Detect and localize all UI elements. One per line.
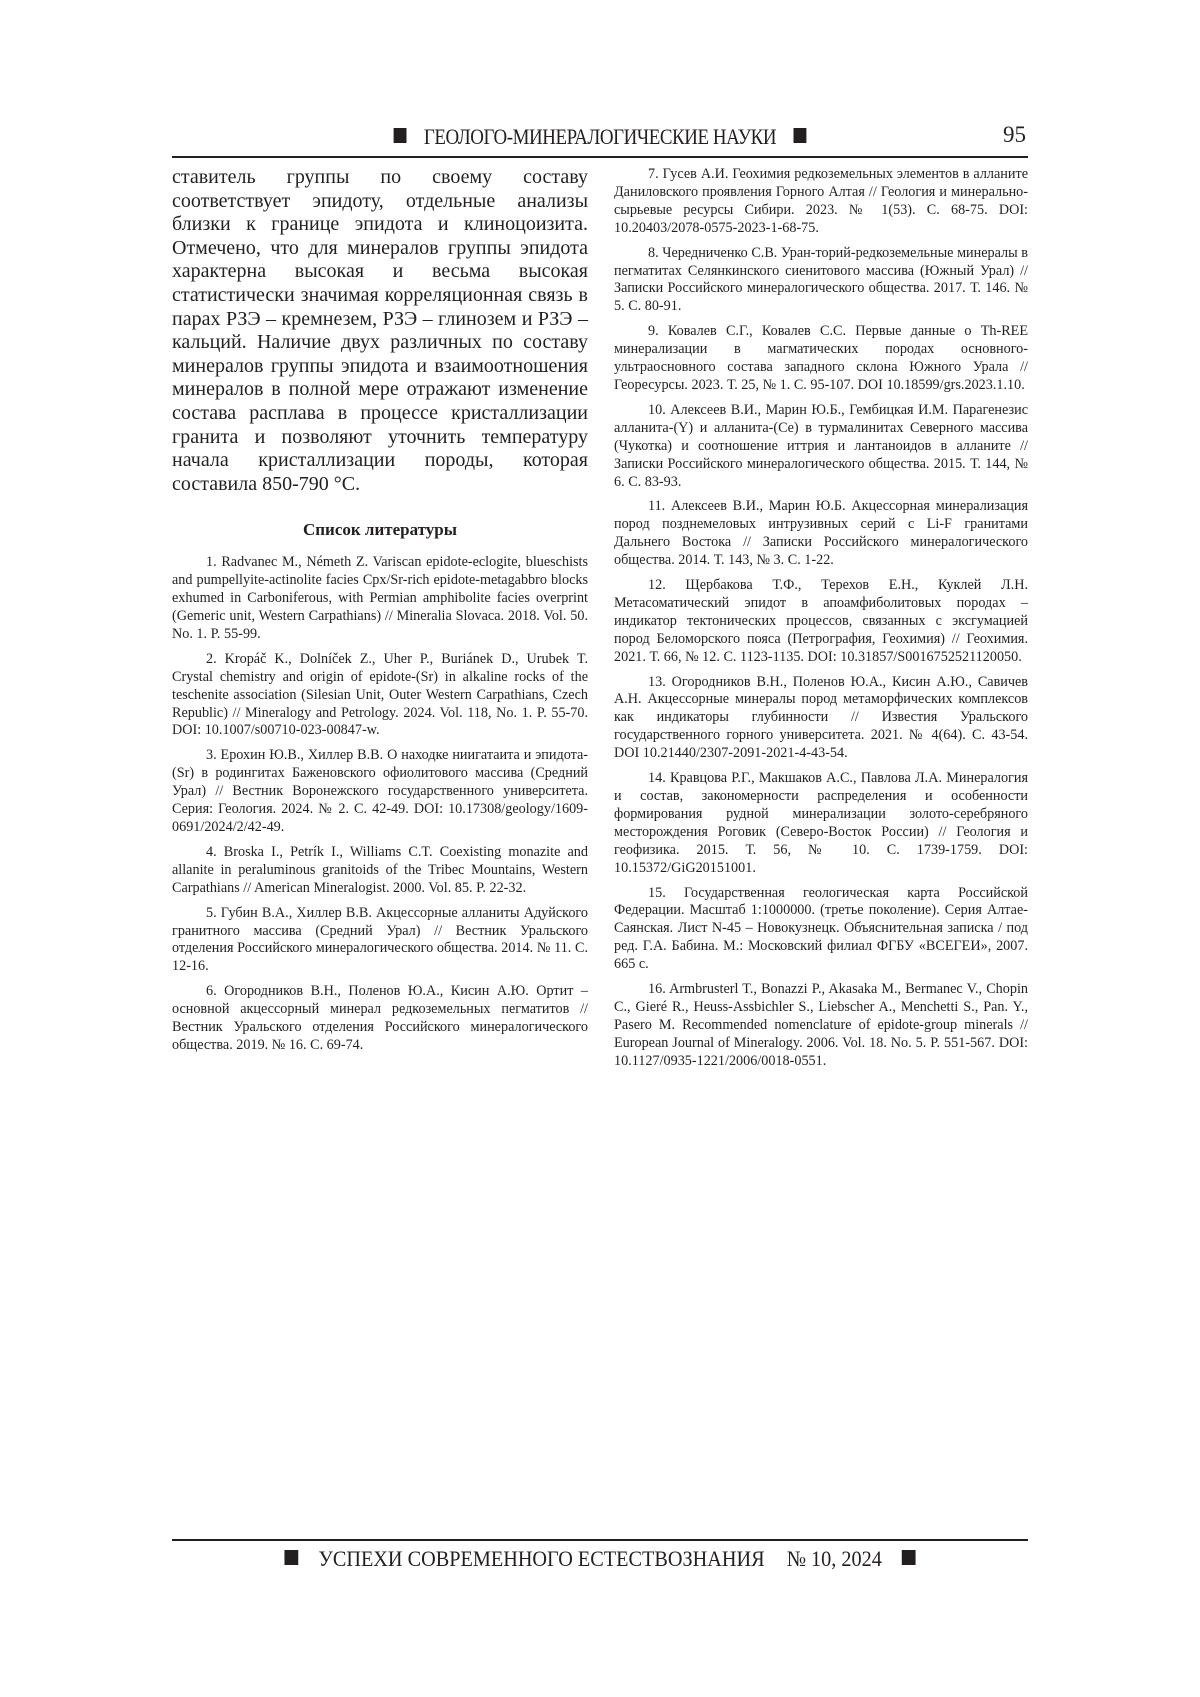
reference-item: 10. Алексеев В.И., Марин Ю.Б., Гембицкая… [614, 402, 1028, 492]
right-column: 7. Гусев А.И. Геохимия редкоземельных эл… [614, 166, 1028, 1078]
references-title: Список литературы [172, 520, 588, 540]
section-title-row: ГЕОЛОГО-МИНЕРАЛОГИЧЕСКИЕ НАУКИ [232, 124, 968, 150]
reference-item: 9. Ковалев С.Г., Ковалев С.С. Первые дан… [614, 323, 1028, 395]
section-title: ГЕОЛОГО-МИНЕРАЛОГИЧЕСКИЕ НАУКИ [424, 124, 776, 149]
left-column: ставитель группы по своему составу соотв… [172, 166, 588, 1062]
square-bullet-icon [793, 128, 806, 143]
reference-item: 2. Kropáč K., Dolníček Z., Uher P., Buri… [172, 651, 588, 741]
reference-item: 8. Чередниченко С.В. Уран-торий-редкозем… [614, 245, 1028, 317]
page-number: 95 [1003, 122, 1026, 148]
square-bullet-icon [284, 1550, 298, 1565]
header-rule [172, 156, 1028, 158]
body-paragraph: ставитель группы по своему составу соотв… [172, 166, 588, 496]
reference-item: 7. Гусев А.И. Геохимия редкоземельных эл… [614, 166, 1028, 238]
reference-item: 1. Radvanec M., Németh Z. Variscan epido… [172, 554, 588, 644]
running-header: ГЕОЛОГО-МИНЕРАЛОГИЧЕСКИЕ НАУКИ 95 [172, 118, 1028, 156]
reference-item: 15. Государственная геологическая карта … [614, 885, 1028, 975]
reference-item: 13. Огородников В.Н., Поленов Ю.А., Киси… [614, 674, 1028, 764]
running-footer: УСПЕХИ СОВРЕМЕННОГО ЕСТЕСТВОЗНАНИЯ№ 10, … [172, 1546, 1028, 1572]
issue-number: № 10, 2024 [786, 1546, 881, 1571]
footer-row: УСПЕХИ СОВРЕМЕННОГО ЕСТЕСТВОЗНАНИЯ№ 10, … [264, 1546, 936, 1572]
reference-item: 5. Губин В.А., Хиллер В.В. Акцессорные а… [172, 905, 588, 977]
reference-item: 4. Broska I., Petrík I., Williams C.T. C… [172, 844, 588, 898]
journal-title: УСПЕХИ СОВРЕМЕННОГО ЕСТЕСТВОЗНАНИЯ [318, 1546, 764, 1571]
square-bullet-icon [902, 1550, 916, 1565]
reference-item: 12. Щербакова Т.Ф., Терехов Е.Н., Куклей… [614, 577, 1028, 667]
footer-rule [172, 1539, 1028, 1541]
reference-item: 16. Armbrusterl T., Bonazzi P., Akasaka … [614, 981, 1028, 1071]
reference-item: 11. Алексеев В.И., Марин Ю.Б. Акцессорна… [614, 498, 1028, 570]
square-bullet-icon [394, 128, 407, 143]
reference-item: 3. Ерохин Ю.В., Хиллер В.В. О находке ни… [172, 747, 588, 837]
reference-item: 14. Кравцова Р.Г., Макшаков А.С., Павлов… [614, 770, 1028, 877]
reference-item: 6. Огородников В.Н., Поленов Ю.А., Кисин… [172, 983, 588, 1055]
